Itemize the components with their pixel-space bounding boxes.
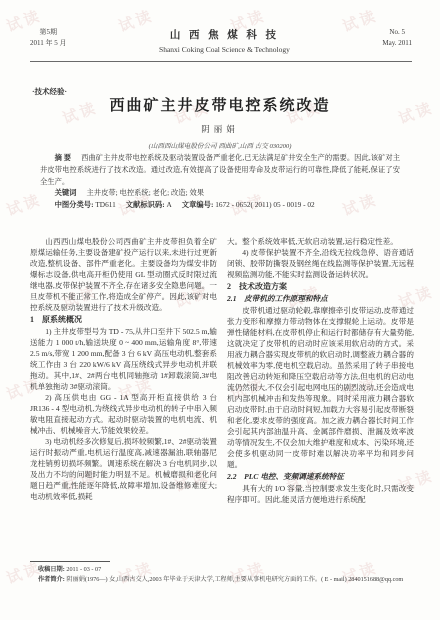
keywords-line: 关键词主井皮带; 电控系统; 老化; 改造; 效果: [40, 187, 400, 199]
keywords-text: 主井皮带; 电控系统; 老化; 改造; 效果: [86, 188, 204, 197]
left-column: 山西西山煤电股份公司西曲矿主井皮带担负着全矿原煤运输任务,主要设备建矿投产运行以…: [30, 236, 217, 558]
journal-name-cn: 山 西 焦 煤 科 技: [159, 27, 290, 42]
body-columns: 山西西山煤电股份公司西曲矿主井皮带担负着全矿原煤运输任务,主要设备建矿投产运行以…: [30, 236, 414, 558]
bio-label: 作者简介:: [38, 576, 66, 583]
received-date-line: 收稿日期: 2011 - 03 - 07: [30, 565, 420, 575]
paragraph-2: 2) 高压供电由 GG - 1A 型高开柜直接供给 3 台 JR136 - 4 …: [30, 392, 217, 436]
clc-label: 中图分类号:: [55, 200, 96, 209]
issue-date-en: May. 2011: [382, 38, 412, 49]
right-column: 大。整个系统效率低,无软启动装置,运行稳定性差。 4) 皮带保护装置不齐全,沿线…: [227, 236, 414, 558]
received-label: 收稿日期:: [38, 566, 66, 573]
abstract-label: 摘 要: [55, 153, 72, 162]
abstract-block: 摘 要西曲矿主井皮带电控系统及驱动装置设备严重老化,已无法满足矿井安全生产的需要…: [40, 152, 400, 211]
title-block: 西曲矿主井皮带电控系统改造 阴丽娟 (山西西山煤电股份公司 西曲矿,山西 古交 …: [0, 94, 440, 150]
issue-number-cn: 第5期: [30, 27, 67, 38]
subsection-heading-2-2: 2.2 PLC 电控、变频调速系统特征: [227, 471, 414, 482]
doc-code-label: 文献标识码:: [126, 200, 167, 209]
abstract-text: 西曲矿主井皮带电控系统及驱动装置设备严重老化,已无法满足矿井安全生产的需要。因此…: [40, 153, 400, 186]
abstract-paragraph: 摘 要西曲矿主井皮带电控系统及驱动装置设备严重老化,已无法满足矿井安全生产的需要…: [40, 152, 400, 187]
paragraph-2-1: 皮带机通过驱动轮毂,靠摩擦牵引皮带运动,皮带通过张力变形和摩擦力带动物体在支撑辊…: [227, 305, 414, 470]
subsection-heading-2-1: 2.1 皮带机的工作原理和特点: [227, 293, 414, 304]
header-issue-cn: 第5期 2011 年 5 月: [30, 27, 67, 49]
received-value: 2011 - 03 - 07: [66, 566, 101, 573]
footnote-rule: [30, 561, 110, 562]
author-bio-line: 作者简介: 阴丽娟(1976—) 女,山西古交人,2003 年毕业于天津大学,工…: [30, 575, 420, 585]
meta-line: 中图分类号: TD611文献标识码: A文章编号: 1672 - 0652( 2…: [40, 199, 400, 211]
paragraph-3: 3) 电动机经多次修复后,损坏较频繁,1#、2#驱动装置运行时振动严重,电机运行…: [30, 436, 217, 502]
paragraph-4: 4) 皮带保护装置不齐全,沿线无拉线急停、语音通话闭锁、胶带防撕裂及钢丝绳在线监…: [227, 247, 414, 280]
paragraph-1: 1) 主井皮带型号为 TD - 75,从井口至井下 502.5 m,输送能力 1…: [30, 326, 217, 392]
paragraph-2-2: 具有大的 I/O 容量,当控制要求发生变化时,只需改变程序即可。因此,能灵活方便…: [227, 483, 414, 505]
issue-number-en: No. 5: [382, 27, 412, 38]
article-affiliation: (山西西山煤电股份公司 西曲矿,山西 古交 030200): [0, 140, 440, 150]
journal-name-block: 山 西 焦 煤 科 技 Shanxi Coking Coal Science &…: [159, 27, 290, 54]
bio-text: 阴丽娟(1976—) 女,山西古交人,2003 年毕业于天津大学,工程师,主要从…: [66, 576, 403, 583]
doc-code-value: A: [167, 200, 172, 209]
header-issue-en: No. 5 May. 2011: [382, 27, 412, 49]
journal-name-en: Shanxi Coking Coal Science & Technology: [159, 45, 290, 54]
keywords-label: 关键词: [55, 188, 77, 197]
clc-value: TD611: [95, 200, 115, 209]
section-heading-2: 2 技术改造方案: [227, 281, 414, 292]
issue-date-cn: 2011 年 5 月: [30, 38, 67, 49]
journal-header: 第5期 2011 年 5 月 山 西 焦 煤 科 技 Shanxi Coking…: [30, 27, 412, 62]
article-id-value: 1672 - 0652( 2011) 05 - 0019 - 02: [215, 200, 314, 209]
intro-paragraph: 山西西山煤电股份公司西曲矿主井皮带担负着全矿原煤运输任务,主要设备建矿投产运行以…: [30, 236, 217, 313]
article-author: 阴丽娟: [0, 123, 440, 135]
section-heading-1: 1 原系统概况: [30, 314, 217, 325]
watermark-stamp: 试读: [3, 188, 44, 220]
article-title: 西曲矿主井皮带电控系统改造: [0, 94, 440, 115]
journal-page: 试读试读试读试读试读试读试读试读试读试读试读试读试读试读试读试读试读试读试读试读…: [0, 0, 440, 620]
article-id-label: 文章编号:: [182, 200, 215, 209]
continuation-paragraph: 大。整个系统效率低,无软启动装置,运行稳定性差。: [227, 236, 414, 247]
footnote-block: 收稿日期: 2011 - 03 - 07 作者简介: 阴丽娟(1976—) 女,…: [30, 561, 420, 585]
